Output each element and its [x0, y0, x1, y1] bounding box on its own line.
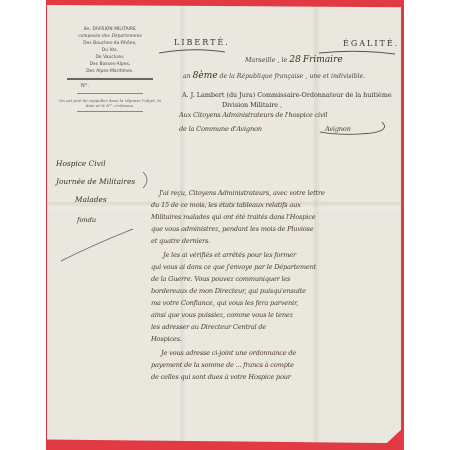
body-line: Hospices. [151, 333, 182, 345]
sender-line: A. J. Lambert (du Jura) Commissaire-Ordo… [182, 91, 392, 99]
motto-egalite: ÉGALITÉ. [343, 39, 399, 48]
body-line: de celles qui sont dues à votre Hospice … [151, 371, 291, 383]
addressee-line: Aux Citoyens Administrateurs de l'hospic… [179, 109, 327, 121]
body-line: ma votre Confiance, qui vous les fera pa… [151, 297, 298, 309]
flourish-icon [312, 118, 392, 138]
letterhead-line: Des Basses-Alpes, [55, 61, 165, 68]
dateline-place: Marseille , le 28 Frimaire [245, 55, 343, 65]
flourish-icon [157, 47, 227, 55]
body-line: ainsi que vous puissiez, comme vous le t… [151, 309, 293, 321]
body-line: du 15 de ce mois, les états tableaux rel… [151, 199, 301, 211]
body-line: bordereaux de mon Directeur, qui puisqu'… [151, 285, 306, 297]
flourish-icon [139, 170, 153, 190]
margin-note: Hospice Civil [56, 155, 106, 173]
body-line: que vous administrez, pendant les mois d… [151, 223, 313, 235]
date-month: Frimaire [303, 55, 343, 65]
letterhead-line: De Vaucluse, [55, 54, 165, 61]
dateline-year: an 8ème de la République française , une… [183, 71, 365, 81]
body-line: de la Guerre. Vous pouvez communiquer le… [151, 273, 290, 285]
letter-paper: 8e. DIVISION MILITAIRE composée des Dépa… [47, 5, 401, 443]
margin-note: Journée de Militaires [56, 173, 135, 191]
body-line: les adresser au Directeur Central de [151, 321, 266, 333]
motto-liberte: LIBERTÉ. [174, 38, 230, 47]
body-line: Militaires malades qui ont été traités d… [151, 211, 315, 223]
body-line: et quatre derniers. [151, 235, 210, 247]
addressee-line: de la Commune d'Avignon [179, 123, 262, 135]
divider [77, 111, 143, 112]
letterhead-line: Des Bouches-du-Rhône, [55, 40, 165, 47]
letterhead-line: Des Alpes-Maritimes. [55, 68, 165, 75]
reminder-note: On est prié de rappeller dans la réponse… [55, 98, 165, 108]
letterhead-line: 8e. DIVISION MILITAIRE [55, 26, 165, 33]
body-line: payement de la somme de ... francs à com… [151, 359, 294, 371]
body-line: Je vous adresse ci-joint une ordonnance … [161, 347, 296, 359]
letterhead-line: Du Var, [55, 47, 165, 54]
divider [77, 93, 143, 94]
body-line: qui vous ai dans ce que j'envoye par le … [151, 261, 316, 273]
date-day: 28 [289, 55, 300, 65]
margin-note: Malades [75, 191, 107, 209]
body-line: Je les ai vérifiés et arrêtés pour les f… [163, 249, 296, 261]
year-number: 8ème [193, 71, 218, 81]
number-label: N°. [55, 83, 165, 90]
sender-block: A. J. Lambert (du Jura) Commissaire-Ordo… [182, 90, 422, 110]
body-line: J'ai reçu, Citoyens Administrateurs, ave… [159, 187, 325, 199]
divider [67, 78, 153, 80]
letterhead-division: 8e. DIVISION MILITAIRE composée des Dépa… [55, 26, 165, 115]
letterhead-line: composée des Départemens [55, 33, 165, 40]
flourish-icon [57, 225, 137, 265]
